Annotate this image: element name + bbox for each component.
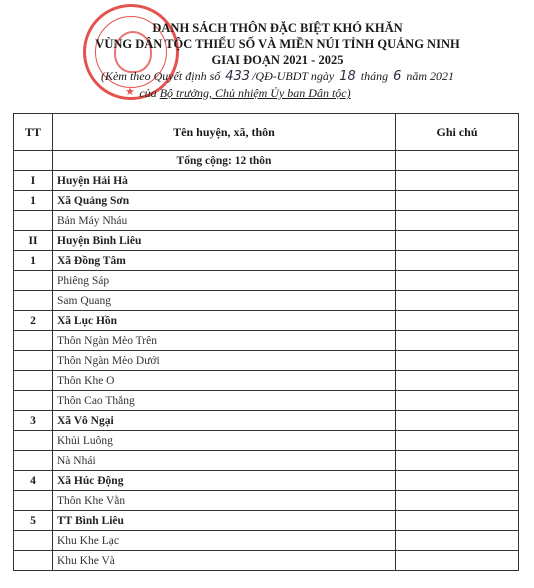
- decision-prefix: (Kèm theo Quyết định số: [101, 69, 220, 83]
- issuer-line: của Bộ trưởng, Chủ nhiệm Ủy ban Dân tộc): [0, 86, 490, 101]
- year-label: năm 2021: [406, 69, 454, 83]
- table-row: Thôn Cao Thắng: [14, 391, 519, 411]
- table-row: Khủi Luông: [14, 431, 519, 451]
- row-note: [396, 271, 519, 291]
- table-row: Phiêng Sáp: [14, 271, 519, 291]
- row-note: [396, 451, 519, 471]
- row-note: [396, 491, 519, 511]
- table-row: 1Xã Đồng Tâm: [14, 251, 519, 271]
- row-tt: 1: [14, 191, 53, 211]
- row-tt: 1: [14, 251, 53, 271]
- row-name: Xã Quảng Sơn: [53, 191, 396, 211]
- table-row: Khu Khe Và: [14, 551, 519, 571]
- row-tt: [14, 291, 53, 311]
- row-tt: [14, 211, 53, 231]
- row-note: [396, 551, 519, 571]
- row-tt: [14, 391, 53, 411]
- row-tt: [14, 431, 53, 451]
- row-tt: [14, 151, 53, 171]
- row-name: Thôn Cao Thắng: [53, 391, 396, 411]
- row-note: [396, 291, 519, 311]
- row-name: Khu Khe Và: [53, 551, 396, 571]
- decision-number: 433: [223, 69, 252, 84]
- row-tt: I: [14, 171, 53, 191]
- decision-day: 18: [337, 69, 358, 84]
- row-name: Phiêng Sáp: [53, 271, 396, 291]
- table-row: Bản Máy Nháu: [14, 211, 519, 231]
- row-name: Thôn Ngàn Mèo Trên: [53, 331, 396, 351]
- row-note: [396, 171, 519, 191]
- row-note: [396, 211, 519, 231]
- row-tt: [14, 351, 53, 371]
- row-note: [396, 371, 519, 391]
- row-note: [396, 511, 519, 531]
- row-note: [396, 351, 519, 371]
- table-body: Tổng cộng: 12 thônIHuyện Hải Hà1Xã Quảng…: [14, 151, 519, 571]
- table-row: Thôn Khe O: [14, 371, 519, 391]
- row-tt: [14, 491, 53, 511]
- decision-code: /QĐ-UBDT ngày: [252, 69, 334, 83]
- row-name: Thôn Ngàn Mèo Dưới: [53, 351, 396, 371]
- table-row: 3Xã Vô Ngại: [14, 411, 519, 431]
- decision-month: 6: [391, 69, 403, 84]
- row-name: Huyện Hải Hà: [53, 171, 396, 191]
- table-row: Thôn Ngàn Mèo Trên: [14, 331, 519, 351]
- row-name: Sam Quang: [53, 291, 396, 311]
- row-name: Bản Máy Nháu: [53, 211, 396, 231]
- villages-table: TT Tên huyện, xã, thôn Ghi chú Tổng cộng…: [13, 113, 519, 571]
- row-note: [396, 471, 519, 491]
- table-row: Thôn Ngàn Mèo Dưới: [14, 351, 519, 371]
- row-name: Tổng cộng: 12 thôn: [53, 151, 396, 171]
- row-tt: 2: [14, 311, 53, 331]
- title-line-1: DANH SÁCH THÔN ĐẶC BIỆT KHÓ KHĂN: [0, 21, 534, 36]
- row-note: [396, 231, 519, 251]
- row-name: Khu Khe Lạc: [53, 531, 396, 551]
- row-name: Huyện Bình Liêu: [53, 231, 396, 251]
- row-note: [396, 531, 519, 551]
- row-name: Xã Đồng Tâm: [53, 251, 396, 271]
- row-note: [396, 411, 519, 431]
- row-note: [396, 151, 519, 171]
- table-row: IHuyện Hải Hà: [14, 171, 519, 191]
- row-tt: [14, 271, 53, 291]
- table-header-row: TT Tên huyện, xã, thôn Ghi chú: [14, 114, 519, 151]
- row-tt: II: [14, 231, 53, 251]
- header-tt: TT: [14, 114, 53, 151]
- issuer-prefix: của: [139, 86, 156, 100]
- table-row: 1Xã Quảng Sơn: [14, 191, 519, 211]
- table-row: Thôn Khe Vằn: [14, 491, 519, 511]
- decision-reference: (Kèm theo Quyết định số 433/QĐ-UBDT ngày…: [0, 69, 534, 84]
- header-note: Ghi chú: [396, 114, 519, 151]
- row-note: [396, 311, 519, 331]
- row-name: Thôn Khe Vằn: [53, 491, 396, 511]
- row-name: Khủi Luông: [53, 431, 396, 451]
- table-row: Sam Quang: [14, 291, 519, 311]
- row-note: [396, 191, 519, 211]
- title-line-2: VÙNG DÂN TỘC THIỂU SỐ VÀ MIỀN NÚI TỈNH Q…: [0, 37, 534, 52]
- row-name: Thôn Khe O: [53, 371, 396, 391]
- row-note: [396, 431, 519, 451]
- row-tt: 4: [14, 471, 53, 491]
- table-row: 2Xã Lục Hồn: [14, 311, 519, 331]
- row-name: Xã Lục Hồn: [53, 311, 396, 331]
- row-name: Nà Nhái: [53, 451, 396, 471]
- row-tt: [14, 331, 53, 351]
- row-tt: [14, 451, 53, 471]
- table-row: Tổng cộng: 12 thôn: [14, 151, 519, 171]
- row-note: [396, 331, 519, 351]
- table-row: IIHuyện Bình Liêu: [14, 231, 519, 251]
- row-name: Xã Húc Động: [53, 471, 396, 491]
- issuer-name: Bộ trưởng, Chủ nhiệm Ủy ban Dân tộc): [160, 86, 351, 100]
- table-row: 4Xã Húc Động: [14, 471, 519, 491]
- title-line-3: GIAI ĐOẠN 2021 - 2025: [0, 53, 534, 68]
- row-name: TT Bình Liêu: [53, 511, 396, 531]
- row-tt: 5: [14, 511, 53, 531]
- row-name: Xã Vô Ngại: [53, 411, 396, 431]
- row-note: [396, 391, 519, 411]
- row-tt: [14, 531, 53, 551]
- row-tt: 3: [14, 411, 53, 431]
- table-row: Khu Khe Lạc: [14, 531, 519, 551]
- header-name: Tên huyện, xã, thôn: [53, 114, 396, 151]
- table-row: 5TT Bình Liêu: [14, 511, 519, 531]
- month-label: tháng: [361, 69, 388, 83]
- document-header: ★ DANH SÁCH THÔN ĐẶC BIỆT KHÓ KHĂN VÙNG …: [0, 0, 534, 110]
- row-tt: [14, 371, 53, 391]
- row-tt: [14, 551, 53, 571]
- table-row: Nà Nhái: [14, 451, 519, 471]
- row-note: [396, 251, 519, 271]
